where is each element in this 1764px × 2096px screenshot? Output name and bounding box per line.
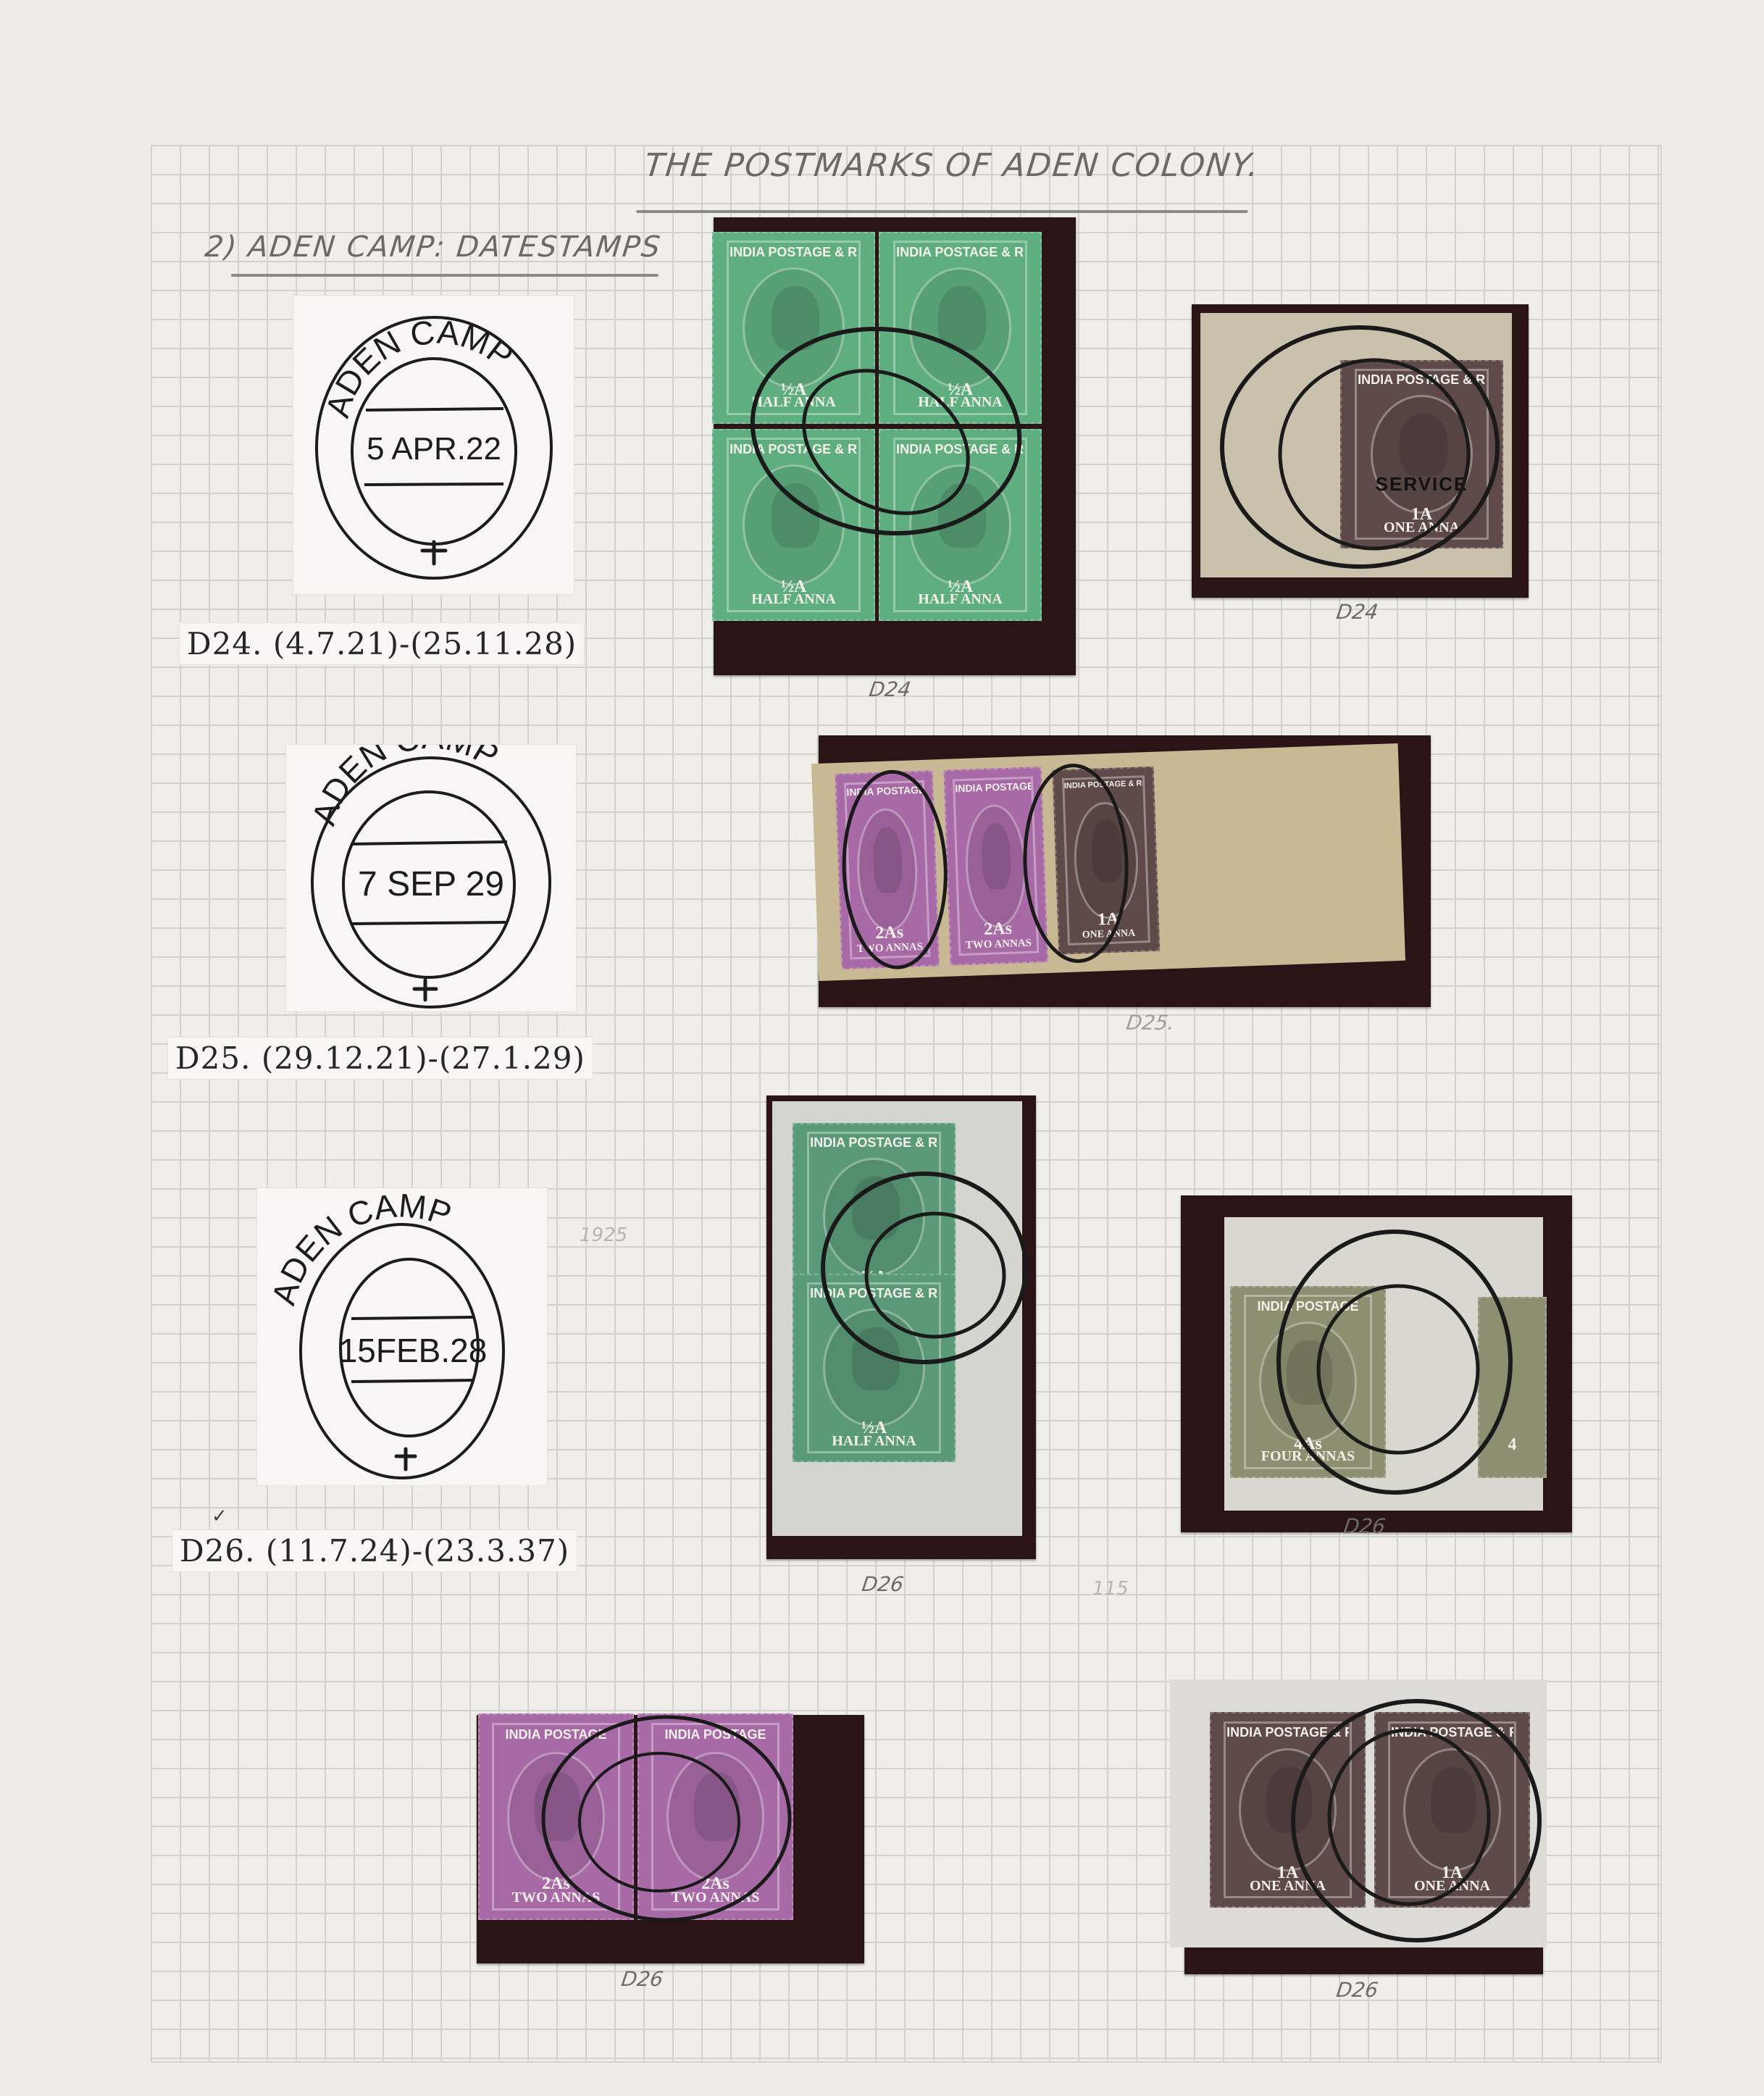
postmark-date: 7 SEP 29 bbox=[358, 865, 504, 903]
stamp: INDIA POSTAGE & REVENUE ½A HALF ANNA bbox=[793, 1274, 956, 1462]
stamp: INDIA POSTAGE & REVENUE 1A ONE ANNA bbox=[1374, 1712, 1530, 1908]
specimen-caption: D26 bbox=[861, 1572, 906, 1596]
service-overprint: SERVICE bbox=[1342, 473, 1502, 496]
pencil-note: 115 bbox=[1092, 1578, 1129, 1600]
stamp: INDIA POSTAGE 2As TWO ANNAS bbox=[638, 1713, 793, 1920]
type-label-d26: D26. (11.7.24)-(23.3.37) bbox=[172, 1530, 577, 1571]
stamp: INDIA POSTAGE & REVENUE SERVICE 1A ONE A… bbox=[1340, 360, 1503, 548]
specimen-four-annas-on-piece: INDIA POSTAGE 4As FOUR ANNAS 4 bbox=[1224, 1217, 1543, 1511]
stamp: INDIA POSTAGE & REVENUE 1A ONE ANNA bbox=[1053, 767, 1161, 955]
cross-ornament-icon bbox=[414, 980, 436, 1000]
specimen-caption: D24 bbox=[1335, 600, 1380, 624]
postmark-date: 5 APR.22 bbox=[367, 431, 501, 467]
specimen-vertical-pair-on-piece: INDIA POSTAGE & REVENUE ½A HALF ANNA IND… bbox=[772, 1101, 1022, 1536]
specimen-caption: D24 bbox=[868, 677, 913, 701]
specimen-caption: D26 bbox=[620, 1967, 665, 1991]
specimen-one-anna-pair-on-piece: INDIA POSTAGE & REVENUE 1A ONE ANNA INDI… bbox=[1170, 1679, 1547, 1947]
page-title: THE POSTMARKS OF ADEN COLONY. bbox=[643, 147, 1261, 184]
stamp: INDIA POSTAGE & REVENUE 1A ONE ANNA bbox=[1210, 1712, 1366, 1908]
specimen-strip-on-piece: INDIA POSTAGE 2As TWO ANNAS INDIA POSTAG… bbox=[811, 743, 1405, 981]
stamp: INDIA POSTAGE 2As TWO ANNAS bbox=[943, 767, 1048, 966]
stamp: INDIA POSTAGE 2As TWO ANNAS bbox=[478, 1713, 634, 1920]
postmark-town: ADEN CAMP bbox=[264, 1188, 456, 1309]
postmark-date: 15FEB.28 bbox=[339, 1332, 488, 1369]
specimen-two-annas-pair: INDIA POSTAGE 2As TWO ANNAS INDIA POSTAG… bbox=[478, 1713, 797, 1920]
stamp: INDIA POSTAGE & REVENUE ½A HALF ANNA bbox=[879, 232, 1042, 424]
pencil-note: 1925 bbox=[580, 1224, 627, 1246]
specimen-service-on-piece: INDIA POSTAGE & REVENUE SERVICE 1A ONE A… bbox=[1200, 313, 1512, 577]
stamp: INDIA POSTAGE 4As FOUR ANNAS bbox=[1230, 1286, 1386, 1478]
stamp: INDIA POSTAGE & REVENUE ½A HALF ANNA bbox=[879, 429, 1042, 621]
postmark-town: ADEN CAMP bbox=[304, 745, 505, 830]
postmark-town: ADEN CAMP bbox=[318, 312, 520, 421]
cross-ornament-icon bbox=[396, 1449, 415, 1469]
check-mark: ✓ bbox=[212, 1506, 227, 1527]
cross-ornament-icon bbox=[422, 542, 446, 564]
postmark-illustration-d26: ADEN CAMP 15FEB.28 bbox=[257, 1188, 547, 1485]
type-label-d25: D25. (29.12.21)-(27.1.29) bbox=[168, 1037, 593, 1079]
specimen-caption: D26 bbox=[1342, 1514, 1387, 1538]
stamp: INDIA POSTAGE 2As TWO ANNAS bbox=[835, 770, 940, 969]
section-heading: 2) ADEN CAMP: DATESTAMPS bbox=[204, 230, 664, 264]
postmark-illustration-d25: ADEN CAMP 7 SEP 29 bbox=[286, 745, 576, 1011]
specimen-caption: D26 bbox=[1335, 1978, 1380, 2002]
stamp: 4 bbox=[1478, 1297, 1547, 1478]
postmark-illustration-d24: ADEN CAMP 5 APR.22 bbox=[293, 296, 574, 594]
stamp: INDIA POSTAGE & REVENUE ½A HALF ANNA bbox=[712, 232, 875, 424]
specimen-caption: D25. bbox=[1125, 1011, 1176, 1035]
stamp: INDIA POSTAGE & REVENUE ½A HALF ANNA bbox=[712, 429, 875, 621]
type-label-d24: D24. (4.7.21)-(25.11.28) bbox=[180, 623, 584, 664]
specimen-block-of-four: INDIA POSTAGE & REVENUE ½A HALF ANNA IND… bbox=[712, 232, 1045, 623]
